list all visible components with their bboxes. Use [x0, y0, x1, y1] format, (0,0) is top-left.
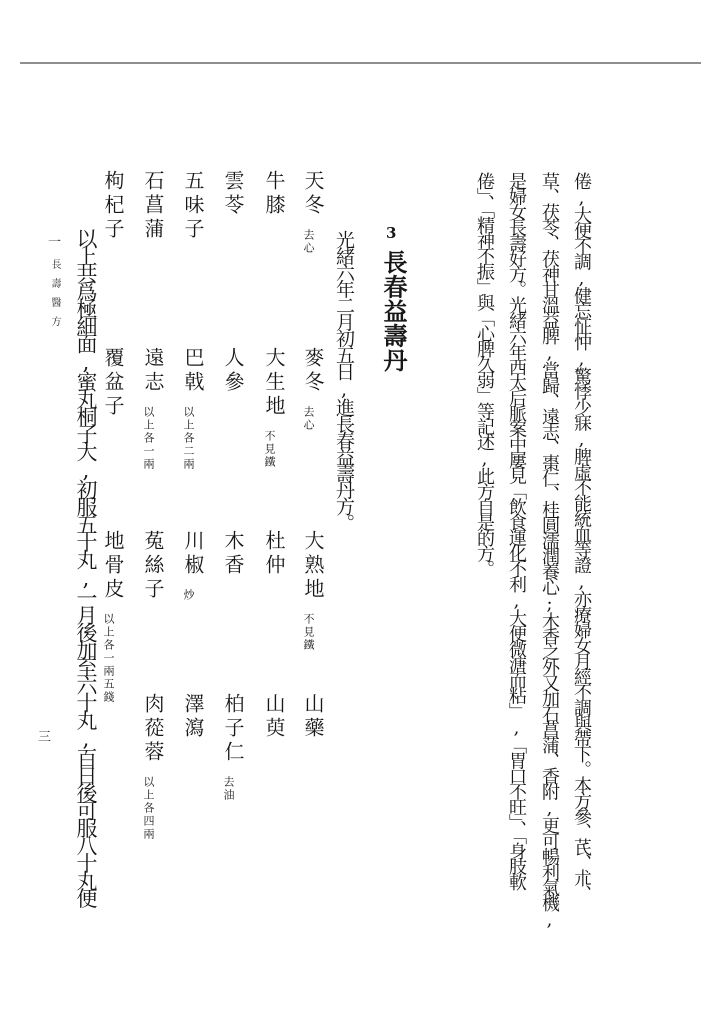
- herb-name: 牛膝: [262, 170, 286, 218]
- herb-name: 山藥: [301, 693, 325, 741]
- herb-annotation: 不見鐵: [263, 430, 276, 469]
- herb-name: 覆盆子: [101, 347, 125, 419]
- herb-name: 枸杞子: [101, 170, 125, 242]
- herb-annotation: 以上各二兩: [182, 406, 195, 471]
- herb-entry: 大熟地不見鐵: [303, 530, 323, 652]
- herb-entry: 川椒炒: [183, 530, 203, 602]
- herb-name: 大生地: [262, 347, 286, 419]
- page-number: 三: [38, 726, 51, 745]
- herb-annotation: 去油: [222, 776, 235, 802]
- herb-name: 遠志: [141, 347, 165, 395]
- herb-entry: 肉蓯蓉以上各四兩: [143, 693, 163, 841]
- herb-annotation: 去心: [302, 229, 315, 255]
- herb-name: 雲苓: [221, 170, 245, 218]
- herb-annotation: 以上各一兩: [142, 406, 155, 471]
- herb-entry: 地骨皮以上各一兩五錢: [103, 530, 123, 704]
- header-rule: [20, 62, 701, 64]
- herb-entry: 五味子: [183, 170, 203, 242]
- herb-name: 石菖蒲: [141, 170, 165, 242]
- herb-annotation: 炒: [182, 589, 195, 602]
- herb-name: 肉蓯蓉: [141, 693, 165, 765]
- margin-volume-number: 一: [48, 231, 61, 250]
- prescription-date-line: 光緒六年二月初五日,進長春益壽丹方。: [334, 230, 353, 530]
- herb-annotation: 以上各一兩五錢: [102, 613, 115, 704]
- herb-entry: 澤瀉: [183, 693, 203, 741]
- herb-name: 天冬: [301, 170, 325, 218]
- herb-entry: 雲苓: [223, 170, 243, 218]
- herb-entry: 山藥: [303, 693, 323, 741]
- herb-annotation: 以上各四兩: [142, 776, 155, 841]
- herb-name: 柏子仁: [221, 693, 245, 765]
- herb-entry: 柏子仁去油: [223, 693, 243, 802]
- section-title: 長春益壽丹: [381, 250, 405, 373]
- intro-column-1: 倦,大便不調,健忘怔忡,驚悸少寐,脾虛不能統血等證,亦療婦女月經不調與帶下。本方…: [572, 172, 590, 912]
- herb-name: 巴戟: [181, 347, 205, 395]
- herb-name: 麥冬: [301, 347, 325, 395]
- herb-entry: 天冬去心: [303, 170, 323, 255]
- herb-entry: 山萸: [264, 693, 284, 741]
- herb-entry: 枸杞子: [103, 170, 123, 242]
- margin-book-title: 長壽醫方: [49, 259, 59, 335]
- herb-entry: 覆盆子: [103, 347, 123, 419]
- herb-entry: 遠志以上各一兩: [143, 347, 163, 471]
- herb-entry: 人參: [223, 347, 243, 395]
- herb-annotation: 去心: [302, 406, 315, 432]
- herb-entry: 牛膝: [264, 170, 284, 218]
- intro-column-3: 是婦女長壽好方。光緒六年西太后脈案中屢見「飲食運化不利,大便微溏而粘」,「胃口不…: [507, 172, 525, 912]
- dosage-instructions: 以上共爲極細面,蜜丸桐子大,初服五十丸,一月後加至六十丸,百日後可服八十丸便: [75, 228, 96, 905]
- herb-name: 大熟地: [301, 530, 325, 602]
- herb-entry: 麥冬去心: [303, 347, 323, 432]
- herb-entry: 巴戟以上各二兩: [183, 347, 203, 471]
- intro-column-2: 草、茯苓、茯神甘溫益脾,當歸、遠志、棗仁、桂圓濡潤養心;木香之外又加石菖蒲、香附…: [540, 172, 558, 912]
- herb-annotation: 不見鐵: [302, 613, 315, 652]
- herb-entry: 大生地不見鐵: [264, 347, 284, 469]
- herb-name: 地骨皮: [101, 530, 125, 602]
- herb-name: 菟絲子: [141, 530, 165, 602]
- herb-name: 山萸: [262, 693, 286, 741]
- herb-name: 人參: [221, 347, 245, 395]
- herb-entry: 木香: [223, 530, 243, 578]
- herb-name: 杜仲: [262, 530, 286, 578]
- section-number: 3: [386, 224, 396, 242]
- herb-name: 川椒: [181, 530, 205, 578]
- herb-entry: 石菖蒲: [143, 170, 163, 242]
- herb-name: 五味子: [181, 170, 205, 242]
- herb-name: 澤瀉: [181, 693, 205, 741]
- book-page: 倦,大便不調,健忘怔忡,驚悸少寐,脾虛不能統血等證,亦療婦女月經不調與帶下。本方…: [0, 0, 724, 1024]
- herb-entry: 杜仲: [264, 530, 284, 578]
- herb-name: 木香: [221, 530, 245, 578]
- herb-entry: 菟絲子: [143, 530, 163, 602]
- intro-column-4: 倦」、「精神不振」與「心脾久弱」等記述,此方自是的方。: [475, 172, 493, 912]
